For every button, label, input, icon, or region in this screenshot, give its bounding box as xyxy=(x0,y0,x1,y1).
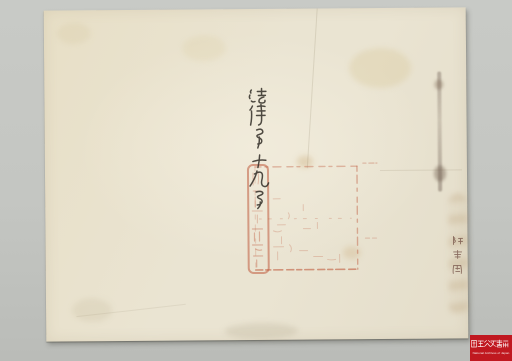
paper-crease xyxy=(307,8,318,168)
paper-stain xyxy=(182,35,226,61)
document-paper: 法律第十九号 xyxy=(44,7,469,341)
watermark-en-label: National Archives of Japan xyxy=(473,351,510,355)
paper-crease xyxy=(76,304,185,317)
binding-stain-blob xyxy=(434,166,446,182)
calligraphy-string: 法律第十九号 xyxy=(248,85,272,221)
paper-stain xyxy=(349,48,411,88)
edge-annotation: 陸南風 xyxy=(449,235,465,287)
archives-watermark: 国立公文書館 National Archives of Japan xyxy=(470,335,512,361)
calligraphy-text: 法律第十九号 xyxy=(242,75,279,211)
scan-background: 法律第十九号 xyxy=(0,0,512,361)
paper-stain xyxy=(224,323,298,340)
paper-crease xyxy=(380,169,462,171)
edge-annotation-string: 陸南風 xyxy=(449,235,462,287)
watermark-jp-string: 国立公文書館 xyxy=(471,338,511,347)
paper-stain xyxy=(57,22,91,44)
binding-stain-blob xyxy=(434,80,443,90)
paper-stain xyxy=(72,298,112,322)
